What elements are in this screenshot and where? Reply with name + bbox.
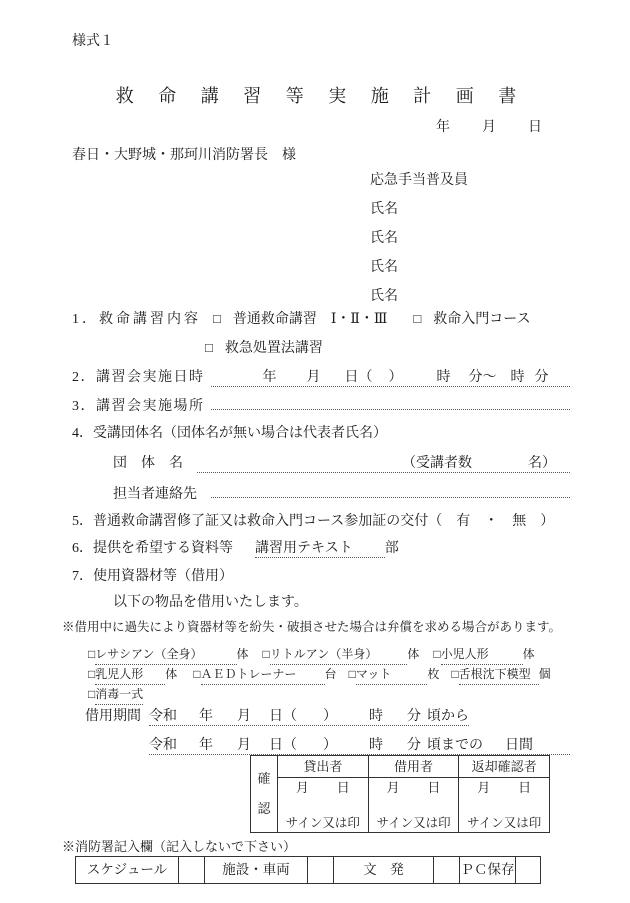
section4-label: 4．受講団体名（団体名が無い場合は代表者氏名） bbox=[72, 426, 570, 442]
checkbox-child-manikin: □ bbox=[433, 645, 440, 664]
confirmation-table: 確 認 貸出者 月 日 サイン又は印 借用者 月 日 サイン又は印 bbox=[250, 755, 550, 833]
unit-month: 月 bbox=[387, 780, 400, 796]
to-suffix: 頃までの bbox=[427, 738, 483, 754]
checkbox-disinfectant-set: □ bbox=[88, 685, 95, 704]
borrower-body-cell: 月 日 サイン又は印 bbox=[369, 778, 459, 832]
pc-save-cell: ＰＣ保存 bbox=[460, 857, 516, 883]
equipment-fill: リトルアン（半身） bbox=[270, 645, 408, 665]
rental-from-row: 借用期間 令和 年 月 日（ ） 時 分 頃から bbox=[85, 709, 570, 726]
option-firstaid-course: 救急処置法講習 bbox=[225, 341, 323, 357]
unit-minute-tilde: 分～ bbox=[469, 370, 497, 386]
unit-hour: 時 bbox=[369, 709, 383, 725]
unit-minute2: 分 bbox=[535, 370, 549, 386]
checkbox-aed-trainer: □ bbox=[193, 665, 200, 684]
section3-row: 3．講習会実施場所 bbox=[72, 399, 570, 415]
option-intro-course: 救命入門コース bbox=[433, 312, 530, 328]
contact-row: 担当者連絡先 bbox=[113, 487, 570, 503]
unit-month: 月 bbox=[307, 370, 321, 386]
era-label: 令和 bbox=[149, 738, 177, 754]
confirmation-corner-cell: 確 認 bbox=[251, 756, 278, 832]
facility-vehicle-check-cell bbox=[308, 857, 334, 883]
option-regular-course: 普通救命講習 Ⅰ・Ⅱ・Ⅲ bbox=[233, 312, 388, 328]
name-field-label: 氏名 bbox=[370, 260, 570, 276]
borrower-column: 借用者 月 日 サイン又は印 bbox=[369, 756, 460, 832]
attendee-count-close: 名） bbox=[528, 456, 556, 472]
document-issue-check-cell bbox=[434, 857, 460, 883]
section5-label: 5．普通救命講習修了証又は救命入門コース参加証の交付（ 有 ・ 無 ） bbox=[72, 514, 570, 530]
datetime-fill-line: 年 月 日（ ） 時 分～ 時 分 bbox=[211, 370, 571, 387]
office-use-table: スケジュール 施設・車両 文 発 ＰＣ保存 bbox=[75, 856, 541, 884]
equipment-label: 乳児人形 bbox=[95, 665, 143, 684]
org-name-row: 団 体 名 （受講者数 名） bbox=[113, 456, 570, 473]
equipment-label: 舌根沈下模型 bbox=[459, 665, 531, 684]
corner-char: 確 bbox=[257, 771, 270, 787]
checkbox-little-anne: □ bbox=[263, 645, 270, 664]
checkbox-intro-course: □ bbox=[413, 311, 421, 327]
checkbox-firstaid-course: □ bbox=[205, 340, 213, 356]
name-field-label: 氏名 bbox=[370, 231, 570, 247]
sign-or-seal-label: サイン又は印 bbox=[282, 815, 364, 831]
material-unit: 部 bbox=[385, 541, 399, 557]
rental-to-fill-line: 令和 年 月 日（ ） 時 分 頃までの 日間 bbox=[149, 738, 570, 755]
lender-column: 貸出者 月 日 サイン又は印 bbox=[278, 756, 369, 832]
return-checker-header: 返却確認者 bbox=[459, 756, 549, 778]
contact-fill-line bbox=[211, 497, 570, 498]
section3-label: 3．講習会実施場所 bbox=[72, 399, 205, 415]
material-name: 講習用テキスト bbox=[255, 541, 353, 557]
unit-month: 月 bbox=[296, 780, 309, 796]
sign-or-seal-label: サイン又は印 bbox=[373, 815, 455, 831]
unit-day-paren: 日（ bbox=[269, 709, 297, 725]
schedule-check-cell bbox=[179, 857, 205, 883]
return-checker-column: 返却確認者 月 日 サイン又は印 bbox=[459, 756, 549, 832]
section1-row2: □ 救急処置法講習 bbox=[205, 340, 570, 357]
checkbox-tongue-model: □ bbox=[451, 665, 458, 684]
equipment-unit: 台 bbox=[325, 665, 337, 684]
unit-day: 日 bbox=[518, 780, 531, 796]
rental-period-label: 借用期間 bbox=[85, 709, 141, 725]
unit-month: 月 bbox=[237, 738, 251, 754]
unit-day-paren: 日（ bbox=[345, 370, 373, 386]
applicant-block: 応急手当普及員 氏名 氏名 氏名 氏名 bbox=[370, 173, 570, 305]
section6-label: 6．提供を希望する資料等 bbox=[72, 541, 233, 557]
equipment-row: □レサシアン（全身）体 □リトルアン（半身）体 □小児人形体 bbox=[88, 645, 570, 665]
equipment-fill: マット bbox=[356, 665, 428, 685]
date-line: 年 月 日 bbox=[72, 120, 570, 136]
equipment-unit: 枚 bbox=[427, 665, 439, 684]
borrower-header: 借用者 bbox=[369, 756, 459, 778]
form-number: 様式１ bbox=[72, 34, 570, 50]
name-field-label: 氏名 bbox=[370, 202, 570, 218]
section1-row: 1．救命講習内容 □ 普通救命講習 Ⅰ・Ⅱ・Ⅲ □ 救命入門コース bbox=[72, 311, 570, 328]
material-fill-line: 講習用テキスト bbox=[255, 541, 385, 558]
equipment-label: 小児人形 bbox=[441, 645, 489, 664]
unit-paren-close: ） bbox=[323, 709, 337, 725]
checkbox-infant-manikin: □ bbox=[88, 665, 95, 684]
month-label: 月 bbox=[482, 120, 496, 136]
unit-day-paren: 日（ bbox=[269, 738, 297, 754]
return-checker-body-cell: 月 日 サイン又は印 bbox=[459, 778, 549, 832]
lender-body-cell: 月 日 サイン又は印 bbox=[278, 778, 368, 832]
section6-row: 6．提供を希望する資料等 講習用テキスト 部 bbox=[72, 541, 570, 558]
checkbox-resusci-anne: □ bbox=[88, 645, 95, 664]
sign-or-seal-label: サイン又は印 bbox=[463, 815, 545, 831]
equipment-fill: ＡＥＤトレーナー bbox=[201, 665, 325, 685]
pc-save-check-cell bbox=[516, 857, 540, 883]
day-label: 日 bbox=[528, 120, 542, 136]
unit-day: 日 bbox=[337, 780, 350, 796]
equipment-label: マット bbox=[356, 665, 392, 684]
unit-year: 年 bbox=[263, 370, 277, 386]
equipment-unit: 体 bbox=[523, 645, 535, 664]
unit-paren-close: ） bbox=[323, 738, 337, 754]
equipment-unit: 体 bbox=[165, 665, 177, 684]
equipment-fill: 消毒一式 bbox=[95, 685, 143, 705]
section7-sub: 以下の物品を借用いたします。 bbox=[113, 595, 570, 611]
org-name-fill-line: （受講者数 名） bbox=[197, 456, 570, 473]
unit-day: 日 bbox=[427, 780, 440, 796]
era-label: 令和 bbox=[149, 709, 177, 725]
section2-row: 2．講習会実施日時 年 月 日（ ） 時 分～ 時 分 bbox=[72, 370, 570, 387]
equipment-row: □消毒一式 bbox=[88, 685, 570, 705]
form-page: 様式１ 救 命 講 習 等 実 施 計 画 書 年 月 日 春日・大野城・那珂川… bbox=[0, 0, 630, 903]
year-label: 年 bbox=[436, 120, 450, 136]
equipment-label: レサシアン（全身） bbox=[95, 645, 202, 664]
unit-month: 月 bbox=[477, 780, 490, 796]
checkbox-mat: □ bbox=[349, 665, 356, 684]
schedule-cell: スケジュール bbox=[76, 857, 179, 883]
equipment-fill: レサシアン（全身） bbox=[95, 645, 236, 665]
equipment-list: □レサシアン（全身）体 □リトルアン（半身）体 □小児人形体 □乳児人形体 □Ａ… bbox=[88, 645, 570, 705]
facility-vehicle-cell: 施設・車両 bbox=[205, 857, 308, 883]
unit-minute: 分 bbox=[407, 709, 421, 725]
section1-label: 1．救命講習内容 bbox=[72, 312, 201, 328]
contact-label: 担当者連絡先 bbox=[113, 487, 197, 503]
checkbox-regular-course: □ bbox=[213, 311, 221, 327]
section7-label: 7．使用資器材等（借用） bbox=[72, 569, 570, 585]
unit-minute: 分 bbox=[407, 738, 421, 754]
section2-label: 2．講習会実施日時 bbox=[72, 370, 205, 386]
equipment-unit: 体 bbox=[237, 645, 249, 664]
unit-hour: 時 bbox=[369, 738, 383, 754]
unit-days: 日間 bbox=[505, 738, 533, 754]
equipment-unit: 体 bbox=[407, 645, 419, 664]
org-name-label: 団 体 名 bbox=[113, 456, 183, 472]
unit-paren-close: ） bbox=[389, 370, 403, 386]
form-title: 救 命 講 習 等 実 施 計 画 書 bbox=[72, 84, 570, 108]
document-issue-cell: 文 発 bbox=[334, 857, 434, 883]
from-suffix: 頃から bbox=[427, 709, 469, 725]
lender-header: 貸出者 bbox=[278, 756, 368, 778]
attendee-count-open: （受講者数 bbox=[402, 456, 472, 472]
rental-to-row: 令和 年 月 日（ ） 時 分 頃までの 日間 bbox=[85, 738, 570, 755]
location-fill-line bbox=[211, 409, 571, 410]
office-use-note: ※消防署記入欄（記入しないで下さい） bbox=[62, 839, 570, 854]
unit-hour: 時 bbox=[437, 370, 451, 386]
corner-char: 認 bbox=[257, 801, 270, 817]
addressee: 春日・大野城・那珂川消防署長 様 bbox=[72, 148, 570, 164]
equipment-label: リトルアン（半身） bbox=[270, 645, 378, 664]
liability-note: ※借用中に過失により資器材等を紛失・破損させた場合は弁償を求める場合があります。 bbox=[62, 619, 570, 635]
equipment-fill: 小児人形 bbox=[441, 645, 523, 665]
name-field-label: 氏名 bbox=[370, 289, 570, 305]
unit-month: 月 bbox=[237, 709, 251, 725]
equipment-unit: 個 bbox=[539, 665, 551, 684]
rental-from-fill-line: 令和 年 月 日（ ） 時 分 頃から bbox=[149, 709, 469, 726]
unit-year: 年 bbox=[199, 709, 213, 725]
equipment-label: ＡＥＤトレーナー bbox=[201, 665, 297, 684]
equipment-fill: 乳児人形 bbox=[95, 665, 165, 685]
applicant-role: 応急手当普及員 bbox=[370, 173, 570, 189]
unit-hour2: 時 bbox=[511, 370, 525, 386]
unit-year: 年 bbox=[199, 738, 213, 754]
equipment-row: □乳児人形体 □ＡＥＤトレーナー台 □マット枚 □舌根沈下模型個 bbox=[88, 665, 570, 685]
equipment-label: 消毒一式 bbox=[95, 685, 143, 704]
equipment-fill: 舌根沈下模型 bbox=[459, 665, 539, 685]
